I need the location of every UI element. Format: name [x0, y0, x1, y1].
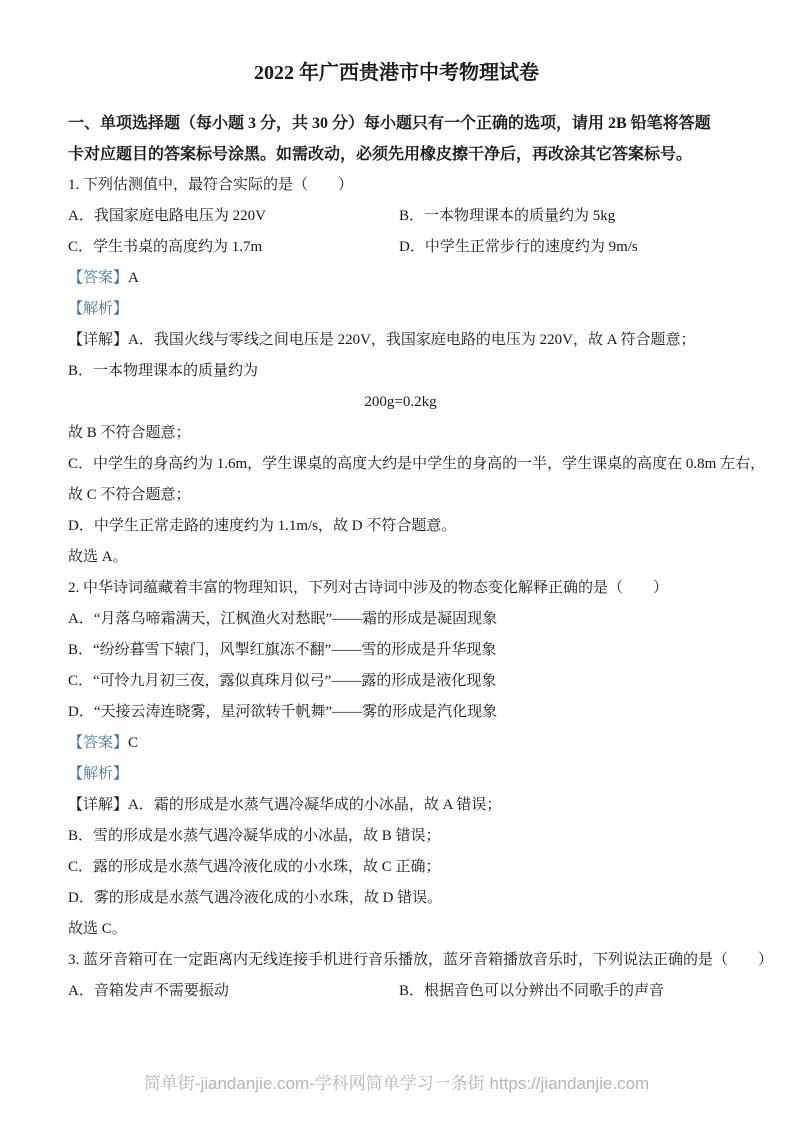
question-2-analysis-label-line: 【解析】: [68, 759, 733, 790]
question-2-option-d: D．“天接云涛连晓雾，星河欲转千帆舞”——雾的形成是汽化现象: [68, 697, 733, 728]
section-instructions-line1: 一、单项选择题（每小题 3 分，共 30 分）每小题只有一个正确的选项，请用 2…: [68, 108, 733, 139]
answer-value: A: [128, 270, 139, 286]
footer-watermark: 简单街-jiandanjie.com-学科网简单学习一条街 https://ji…: [0, 1072, 793, 1096]
page-title: 2022 年广西贵港市中考物理试卷: [68, 58, 725, 89]
question-1-option-c: C．学生书桌的高度约为 1.7m: [68, 232, 399, 263]
question-2-conclusion: 故选 C。: [68, 914, 733, 945]
question-2-option-c: C．“可怜九月初三夜，露似真珠月似弓”——露的形成是液化现象: [68, 666, 733, 697]
answer-label: 【答案】: [68, 735, 128, 751]
question-1-detail-line-1: 【详解】A．我国火线与零线之间电压是 220V，我国家庭电路的电压为 220V，…: [68, 325, 733, 356]
question-1-option-d: D．中学生正常步行的速度约为 9m/s: [399, 232, 733, 263]
question-1-answer-line: 【答案】A: [68, 263, 733, 294]
analysis-label: 【解析】: [68, 766, 128, 782]
exam-document-page: 2022 年广西贵港市中考物理试卷 一、单项选择题（每小题 3 分，共 30 分…: [0, 0, 793, 1122]
question-1-analysis-label-line: 【解析】: [68, 294, 733, 325]
question-2-detail-line-2: B．雪的形成是水蒸气遇冷凝华成的小冰晶，故 B 错误；: [68, 821, 733, 852]
document-content: 2022 年广西贵港市中考物理试卷 一、单项选择题（每小题 3 分，共 30 分…: [0, 0, 793, 1007]
question-3-stem: 3. 蓝牙音箱可在一定距离内无线连接手机进行音乐播放，蓝牙音箱播放音乐时，下列说…: [68, 945, 733, 976]
question-2-detail-line-3: C．露的形成是水蒸气遇冷液化成的小水珠，故 C 正确；: [68, 852, 733, 883]
question-1-stem: 1. 下列估测值中，最符合实际的是（ ）: [68, 170, 733, 201]
question-3-option-b: B．根据音色可以分辨出不同歌手的声音: [399, 976, 733, 1007]
question-2-option-b: B．“纷纷暮雪下辕门，风掣红旗冻不翻”——雪的形成是升华现象: [68, 635, 733, 666]
question-1-formula: 200g=0.2kg: [68, 387, 733, 418]
analysis-label: 【解析】: [68, 301, 128, 317]
question-1-options-row-1: A．我国家庭电路电压为 220V B．一本物理课本的质量约为 5kg: [68, 201, 733, 232]
answer-value: C: [128, 735, 138, 751]
question-1-detail-line-2: B．一本物理课本的质量约为: [68, 356, 733, 387]
question-1-detail-line-6: D．中学生正常走路的速度约为 1.1m/s，故 D 不符合题意。: [68, 511, 733, 542]
answer-label: 【答案】: [68, 270, 128, 286]
question-2-detail-line-1: 【详解】A．霜的形成是水蒸气遇冷凝华成的小冰晶，故 A 错误；: [68, 790, 733, 821]
question-1-option-a: A．我国家庭电路电压为 220V: [68, 201, 399, 232]
question-1-detail-line-5: 故 C 不符合题意；: [68, 480, 733, 511]
section-instructions-line2: 卡对应题目的答案标号涂黑。如需改动，必须先用橡皮擦干净后，再改涂其它答案标号。: [68, 139, 733, 170]
question-1-conclusion: 故选 A。: [68, 542, 733, 573]
question-1-detail-line-4: C．中学生的身高约为 1.6m，学生课桌的高度大约是中学生的身高的一半，学生课桌…: [68, 449, 733, 480]
question-1-options-row-2: C．学生书桌的高度约为 1.7m D．中学生正常步行的速度约为 9m/s: [68, 232, 733, 263]
question-1-option-b: B．一本物理课本的质量约为 5kg: [399, 201, 733, 232]
question-2-detail-line-4: D．雾的形成是水蒸气遇冷液化成的小水珠，故 D 错误。: [68, 883, 733, 914]
question-3-option-a: A．音箱发声不需要振动: [68, 976, 399, 1007]
question-1-detail-line-3: 故 B 不符合题意；: [68, 418, 733, 449]
question-3-options-row-1: A．音箱发声不需要振动 B．根据音色可以分辨出不同歌手的声音: [68, 976, 733, 1007]
question-2-option-a: A．“月落乌啼霜满天，江枫渔火对愁眠”——霜的形成是凝固现象: [68, 604, 733, 635]
question-2-stem: 2. 中华诗词蕴藏着丰富的物理知识，下列对古诗词中涉及的物态变化解释正确的是（ …: [68, 573, 733, 604]
question-2-answer-line: 【答案】C: [68, 728, 733, 759]
